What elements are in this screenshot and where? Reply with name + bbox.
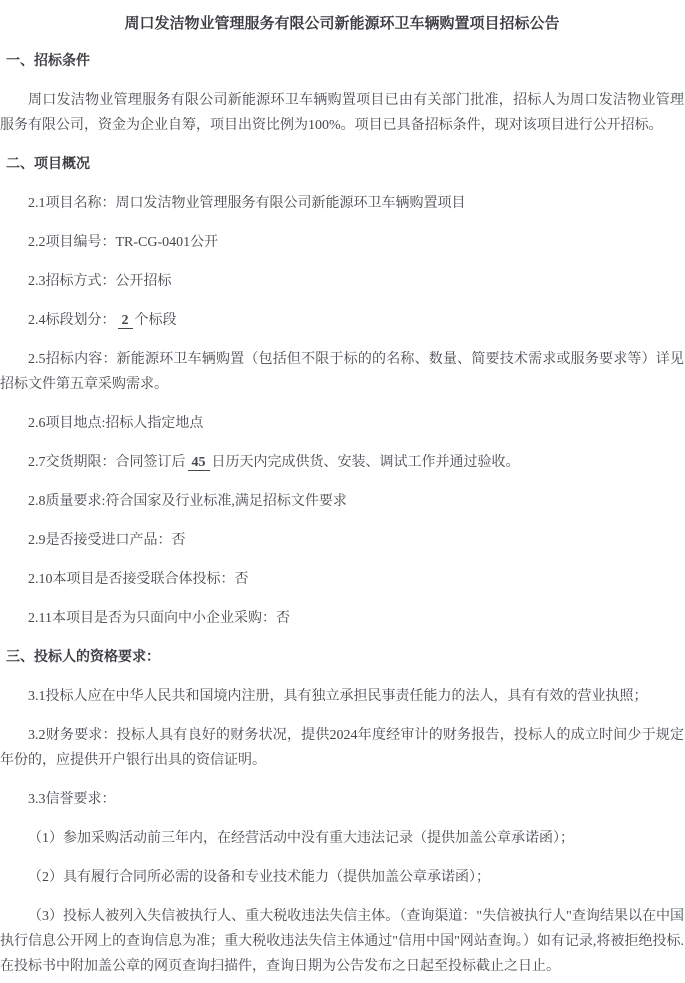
delivery-days-value: 45 [188, 455, 210, 471]
section-heading-project-overview: 二、项目概况 [0, 152, 684, 177]
item-project-name: 2.1项目名称：周口发洁物业管理服务有限公司新能源环卫车辆购置项目 [0, 191, 684, 216]
item-delivery-deadline: 2.7交货期限：合同签订后45日历天内完成供货、安装、调试工作并通过验收。 [0, 450, 684, 475]
item-tender-content: 2.5招标内容：新能源环卫车辆购置（包括但不限于标的的名称、数量、简要技术需求或… [0, 347, 684, 397]
item-consortium-bidding: 2.10本项目是否接受联合体投标：否 [0, 567, 684, 592]
section-division-suffix: 个标段 [135, 313, 177, 328]
item-sme-only-procurement: 2.11本项目是否为只面向中小企业采购：否 [0, 606, 684, 631]
item-section-division: 2.4标段划分：2个标段 [0, 308, 684, 333]
delivery-deadline-suffix: 日历天内完成供货、安装、调试工作并通过验收。 [212, 455, 520, 470]
credit-clause-1: （1）参加采购活动前三年内，在经营活动中没有重大违法记录（提供加盖公章承诺函）； [0, 826, 684, 851]
item-quality-requirement: 2.8质量要求:符合国家及行业标准,满足招标文件要求 [0, 489, 684, 514]
credit-clause-2: （2）具有履行合同所必需的设备和专业技术能力（提供加盖公章承诺函）； [0, 865, 684, 890]
item-registration-requirement: 3.1投标人应在中华人民共和国境内注册，具有独立承担民事责任能力的法人，具有有效… [0, 684, 684, 709]
section-heading-tender-conditions: 一、招标条件 [0, 49, 684, 74]
section-count-value: 2 [118, 313, 133, 329]
item-tender-method: 2.3招标方式：公开招标 [0, 269, 684, 294]
credit-clause-3: （3）投标人被列入失信被执行人、重大税收违法失信主体。（查询渠道："失信被执行人… [0, 904, 684, 979]
section-division-label: 2.4标段划分： [28, 313, 116, 328]
item-imported-products: 2.9是否接受进口产品：否 [0, 528, 684, 553]
document-title: 周口发洁物业管理服务有限公司新能源环卫车辆购置项目招标公告 [0, 14, 684, 34]
item-project-location: 2.6项目地点:招标人指定地点 [0, 411, 684, 436]
tender-conditions-paragraph: 周口发洁物业管理服务有限公司新能源环卫车辆购置项目已由有关部门批准，招标人为周口… [0, 88, 684, 138]
delivery-deadline-label: 2.7交货期限：合同签订后 [28, 455, 186, 470]
item-project-number: 2.2项目编号：TR-CG-0401公开 [0, 230, 684, 255]
section-heading-bidder-qualifications: 三、投标人的资格要求： [0, 645, 684, 670]
item-financial-requirement: 3.2财务要求：投标人具有良好的财务状况，提供2024年度经审计的财务报告，投标… [0, 723, 684, 773]
item-credit-requirement: 3.3信誉要求： [0, 787, 684, 812]
tender-announcement-document: 周口发洁物业管理服务有限公司新能源环卫车辆购置项目招标公告 一、招标条件 周口发… [0, 0, 685, 979]
